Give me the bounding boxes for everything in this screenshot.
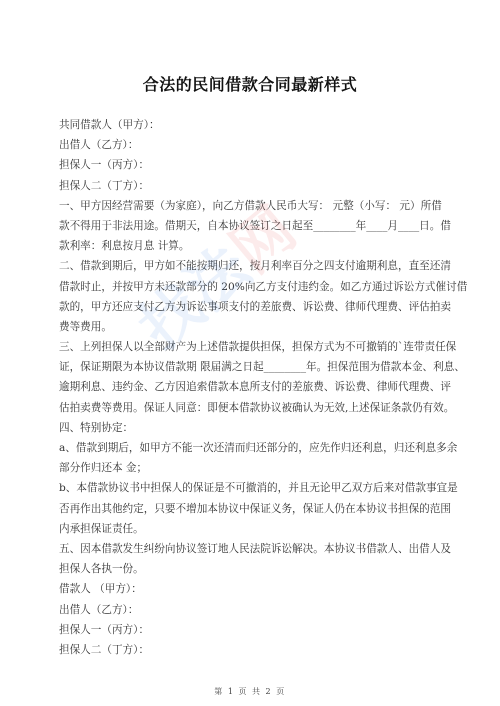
clause-line: 二、借款到期后，甲方如不能按期归还，按月利率百分之四支付逾期利息，直至还清 bbox=[59, 256, 459, 276]
party-line: 出借人（乙方）： bbox=[59, 135, 459, 155]
signature-line: 借款人 （甲方）： bbox=[59, 579, 459, 599]
page-footer: 第 1 页 共 2 页 bbox=[0, 686, 500, 697]
clause-line: b、本借款协议书中担保人的保证是不可撤消的，并且无论甲乙双方后来对借款事宜是 bbox=[59, 478, 459, 498]
clause-line: 证，保证期限为本协议借款期 限届满之日起________年。担保范围为借款本金、… bbox=[59, 357, 459, 377]
party-line: 担保人一（丙方）： bbox=[59, 155, 459, 175]
clause-line: 否再作出其他约定，只要不增加本协议中保证义务，保证人仍在本协议书担保的范围 bbox=[59, 499, 459, 519]
clause-line: 三、上列担保人以全部财产为上述借款提供担保，担保方式为不可撤销的`连带责任保 bbox=[59, 337, 459, 357]
clause-line: 费等费用。 bbox=[59, 317, 459, 337]
clause-line: 款不得用于非法用途。借期天，自本协议签订之日起至________年____月__… bbox=[59, 216, 459, 236]
clause-line: 内承担保证责任。 bbox=[59, 519, 459, 539]
signature-line: 担保人一（丙方）： bbox=[59, 620, 459, 640]
signature-line: 担保人二（丁方）： bbox=[59, 640, 459, 660]
clause-line: 逾期利息、违约金、乙方因追索借款本息所支付的差旅费、诉讼费、律师代理费、评 bbox=[59, 377, 459, 397]
clause-line: 款利率：利息按月息 计算。 bbox=[59, 236, 459, 256]
clause-line: 一、甲方因经营需要（为家庭），向乙方借款人民币大写： 元整（小写： 元）所借 bbox=[59, 196, 459, 216]
clause-line: 估拍卖费等费用。保证人同意：即便本借款协议被确认为无效,上述保证条款仍有效。 bbox=[59, 398, 459, 418]
document-body: 共同借款人（甲方）： 出借人（乙方）： 担保人一（丙方）： 担保人二（丁方）： … bbox=[59, 115, 459, 660]
clause-line: 担保人各执一份。 bbox=[59, 559, 459, 579]
clause-line: a、借款到期后，如甲方不能一次还清而归还部分的，应先作归还利息，归还利息多余 bbox=[59, 438, 459, 458]
clause-line: 五、因本借款发生纠纷向协议签订地人民法院诉讼解决。本协议书借款人、出借人及 bbox=[59, 539, 459, 559]
signature-line: 出借人（乙方）： bbox=[59, 600, 459, 620]
clause-line: 四、特别协定： bbox=[59, 418, 459, 438]
document-title: 合法的民间借款合同最新样式 bbox=[0, 72, 500, 95]
party-line: 共同借款人（甲方）： bbox=[59, 115, 459, 135]
clause-line: 借款时止，并按甲方未还款部分的 20%向乙方支付违约金。如乙方通过诉讼方式催讨借 bbox=[59, 277, 459, 297]
clause-line: 款的，甲方还应支付乙方为诉讼事项支付的差旅费、诉讼费、律师代理费、评估拍卖 bbox=[59, 297, 459, 317]
clause-line: 部分作归还本 金； bbox=[59, 458, 459, 478]
party-line: 担保人二（丁方）： bbox=[59, 176, 459, 196]
